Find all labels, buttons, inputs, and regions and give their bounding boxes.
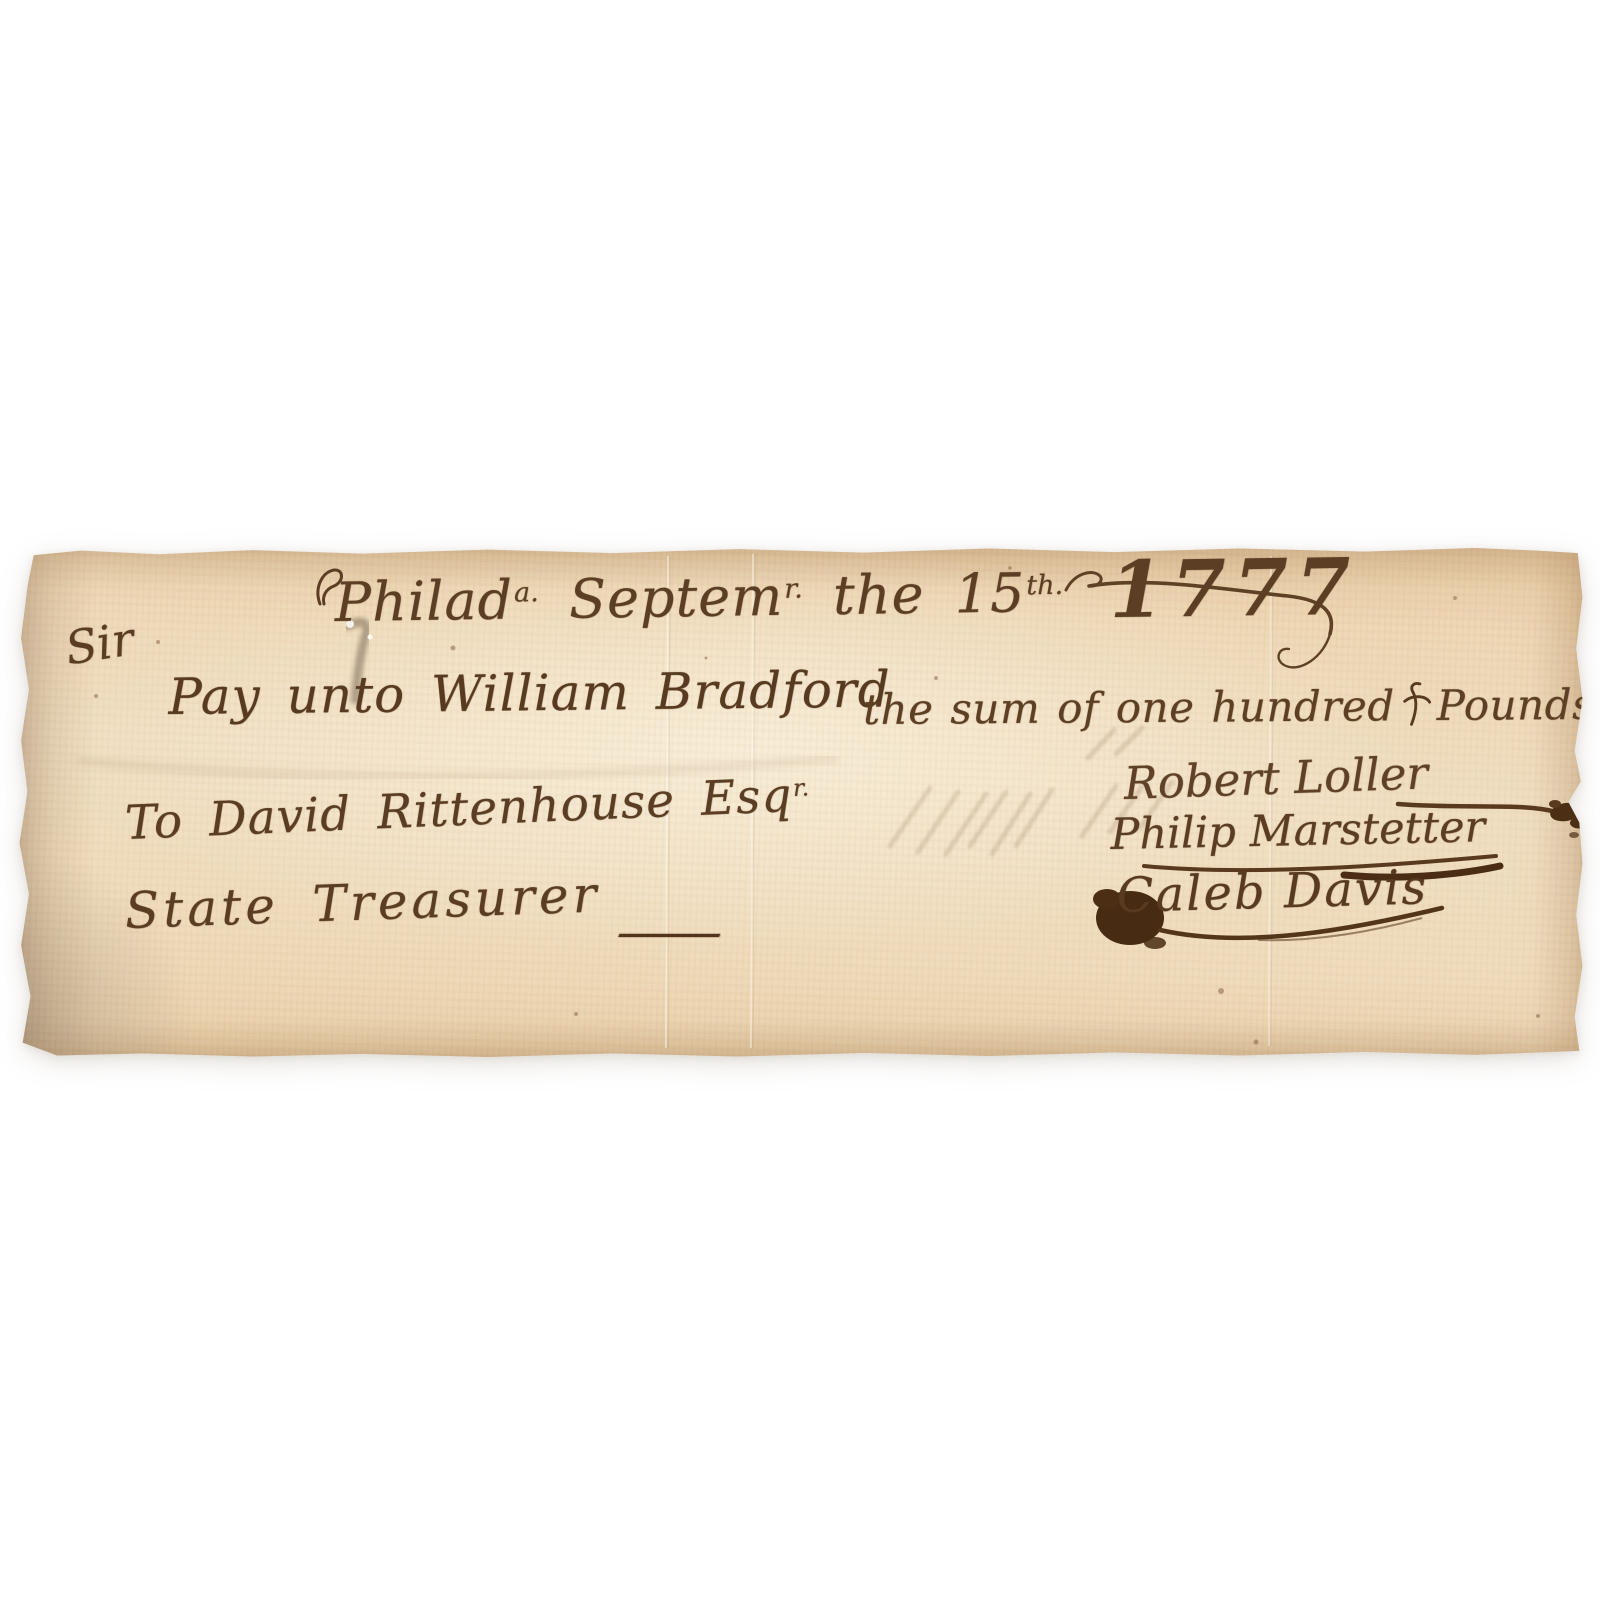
signature-robert-loller: Robert Loller (1123, 748, 1429, 808)
dateline-place: Philad (334, 569, 513, 634)
dateline-month: Septem (569, 565, 784, 631)
photo-canvas: Philada. Septemr. the 15th. 1777 Sir Pay… (0, 0, 1600, 1600)
order-left-text: Pay unto William Bradford (168, 660, 891, 726)
addressee-line1-superscript: r. (792, 774, 809, 803)
manuscript-photo: Philada. Septemr. the 15th. 1777 Sir Pay… (18, 546, 1584, 1058)
order-right-text-b: Pounds (1436, 680, 1594, 730)
signature-1-text: Robert Loller (1123, 746, 1429, 810)
treasurer-dash-mark: — (614, 906, 724, 959)
salutation-text: Sir (62, 611, 138, 675)
order-line-right: the sum of one hundredPounds (863, 679, 1594, 733)
signature-3-text: Caleb Davis (1116, 859, 1429, 924)
order-right-text-a: the sum of one hundred (863, 681, 1395, 734)
dateline-article: the (833, 563, 925, 627)
dateline-day: 15 (954, 561, 1026, 625)
dateline-day-superscript: th. (1026, 570, 1063, 602)
dateline-month-superscript: r. (784, 574, 803, 605)
order-line-left: Pay unto William Bradford (168, 662, 891, 725)
dateline: Philada. Septemr. the 15th. 1777 (334, 538, 1359, 638)
amount-flourish-icon (1401, 680, 1431, 728)
signature-2-text: Philip Marstetter (1110, 802, 1486, 860)
dateline-place-superscript: a. (514, 577, 539, 608)
manuscript-paper: Philada. Septemr. the 15th. 1777 Sir Pay… (18, 546, 1584, 1058)
dash-text: — (614, 904, 724, 960)
dateline-year: 1777 (1109, 545, 1359, 634)
signature-philip-marstetter: Philip Marstetter (1110, 804, 1486, 859)
salutation: Sir (62, 613, 137, 674)
signature-caleb-davis: Caleb Davis (1116, 861, 1429, 922)
